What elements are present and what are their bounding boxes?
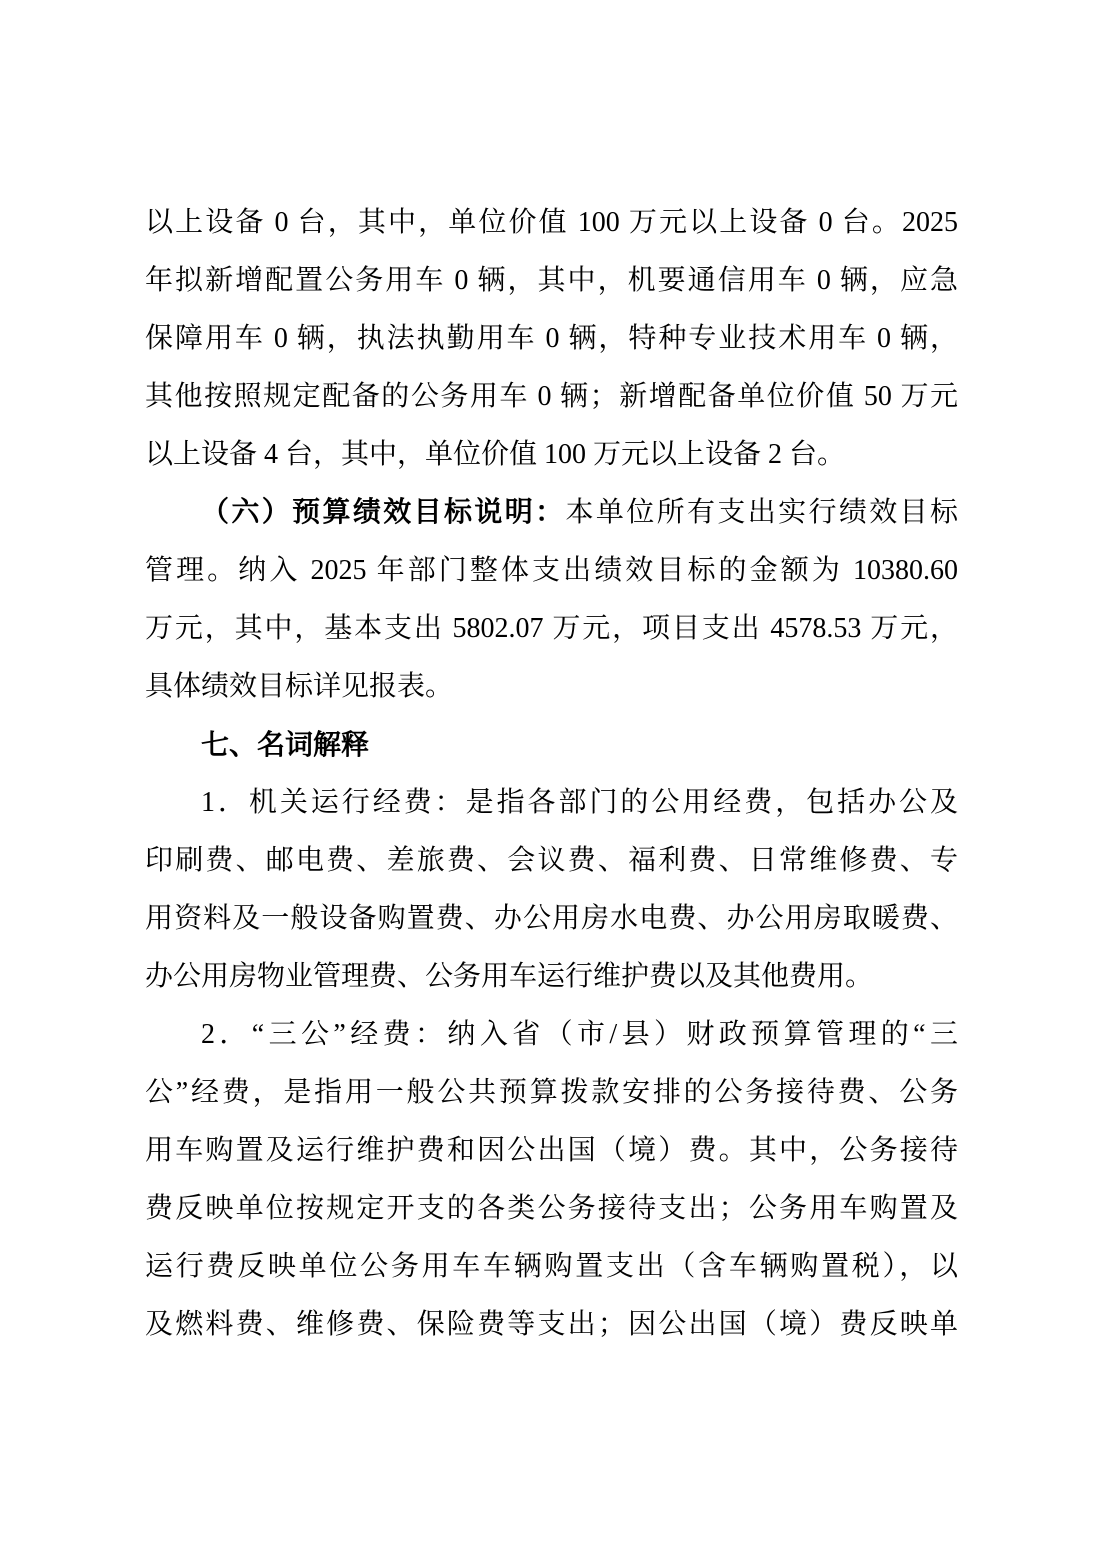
text-line: 办公用房物业管理费、公务用车运行维护费以及其他费用。 <box>145 948 958 1006</box>
line-text: 以上设备 4 台，其中，单位价值 100 万元以上设备 2 台。 <box>145 439 845 470</box>
line-text: 印刷费、邮电费、差旅费、会议费、福利费、日常维修费、专 <box>145 845 958 876</box>
line-text: 用资料及一般设备购置费、办公用房水电费、办公用房取暖费、 <box>145 903 958 934</box>
text-line: （六）预算绩效目标说明：本单位所有支出实行绩效目标 <box>145 484 958 542</box>
line-text: 其他按照规定配备的公务用车 0 辆；新增配备单位价值 50 万元 <box>145 381 958 412</box>
text-line: 以上设备 4 台，其中，单位价值 100 万元以上设备 2 台。 <box>145 426 958 484</box>
line-text: 及燃料费、维修费、保险费等支出；因公出国（境）费反映单 <box>145 1309 958 1340</box>
line-text: 1．机关运行经费：是指各部门的公用经费，包括办公及 <box>201 787 958 818</box>
paragraph-lead-bold: （六）预算绩效目标说明： <box>201 497 566 528</box>
document-body-text: 以上设备 0 台，其中，单位价值 100 万元以上设备 0 台。2025年拟新增… <box>145 194 958 1354</box>
document-page: 以上设备 0 台，其中，单位价值 100 万元以上设备 0 台。2025年拟新增… <box>0 0 1102 1559</box>
line-text: 运行费反映单位公务用车车辆购置支出（含车辆购置税），以 <box>145 1251 958 1282</box>
text-line: 费反映单位按规定开支的各类公务接待支出；公务用车购置及 <box>145 1180 958 1238</box>
text-line: 年拟新增配置公务用车 0 辆，其中，机要通信用车 0 辆，应急 <box>145 252 958 310</box>
text-line: 万元，其中，基本支出 5802.07 万元，项目支出 4578.53 万元， <box>145 600 958 658</box>
line-text: 具体绩效目标详见报表。 <box>145 671 453 702</box>
text-line: 用车购置及运行维护费和因公出国（境）费。其中，公务接待 <box>145 1122 958 1180</box>
text-line: 管理。纳入 2025 年部门整体支出绩效目标的金额为 10380.60 <box>145 542 958 600</box>
line-text: 年拟新增配置公务用车 0 辆，其中，机要通信用车 0 辆，应急 <box>145 265 958 296</box>
line-text: 保障用车 0 辆，执法执勤用车 0 辆，特种专业技术用车 0 辆， <box>145 323 958 354</box>
line-text: 以上设备 0 台，其中，单位价值 100 万元以上设备 0 台。2025 <box>145 207 958 238</box>
line-text: 七、名词解释 <box>201 729 369 760</box>
line-text: 2．“三公”经费：纳入省（市/县）财政预算管理的“三 <box>201 1019 958 1050</box>
text-line: 及燃料费、维修费、保险费等支出；因公出国（境）费反映单 <box>145 1296 958 1354</box>
text-line: 其他按照规定配备的公务用车 0 辆；新增配备单位价值 50 万元 <box>145 368 958 426</box>
line-text: 本单位所有支出实行绩效目标 <box>566 497 959 528</box>
text-line: 具体绩效目标详见报表。 <box>145 658 958 716</box>
text-line: 印刷费、邮电费、差旅费、会议费、福利费、日常维修费、专 <box>145 832 958 890</box>
text-line: 公”经费，是指用一般公共预算拨款安排的公务接待费、公务 <box>145 1064 958 1122</box>
text-line: 2．“三公”经费：纳入省（市/县）财政预算管理的“三 <box>145 1006 958 1064</box>
line-text: 办公用房物业管理费、公务用车运行维护费以及其他费用。 <box>145 961 873 992</box>
line-text: 用车购置及运行维护费和因公出国（境）费。其中，公务接待 <box>145 1135 958 1166</box>
text-line: 运行费反映单位公务用车车辆购置支出（含车辆购置税），以 <box>145 1238 958 1296</box>
line-text: 管理。纳入 2025 年部门整体支出绩效目标的金额为 10380.60 <box>145 555 958 586</box>
text-line: 用资料及一般设备购置费、办公用房水电费、办公用房取暖费、 <box>145 890 958 948</box>
line-text: 费反映单位按规定开支的各类公务接待支出；公务用车购置及 <box>145 1193 958 1224</box>
text-line: 以上设备 0 台，其中，单位价值 100 万元以上设备 0 台。2025 <box>145 194 958 252</box>
text-line: 保障用车 0 辆，执法执勤用车 0 辆，特种专业技术用车 0 辆， <box>145 310 958 368</box>
text-line: 1．机关运行经费：是指各部门的公用经费，包括办公及 <box>145 774 958 832</box>
line-text: 公”经费，是指用一般公共预算拨款安排的公务接待费、公务 <box>145 1077 958 1108</box>
section-heading: 七、名词解释 <box>145 716 958 774</box>
line-text: 万元，其中，基本支出 5802.07 万元，项目支出 4578.53 万元， <box>145 613 958 644</box>
